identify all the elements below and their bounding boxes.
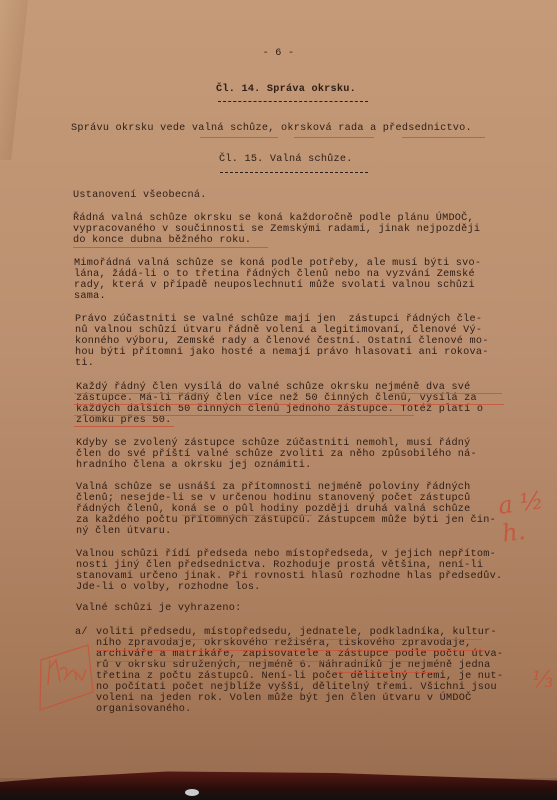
- light-glare: [185, 789, 199, 796]
- paragraph-line: člen do své příští valné schůze zvoliti …: [76, 449, 477, 460]
- paragraph-line: řádných členů, koná se o půl hodiny pozd…: [76, 504, 471, 515]
- section-15-heading-rule: [220, 172, 368, 173]
- paragraph-line: lána, žádá-li o to třetina řádných členů…: [74, 269, 475, 280]
- margin-signature-icon: [38, 640, 98, 730]
- margin-note-third: ⅓: [532, 668, 553, 693]
- red-underline: [74, 426, 174, 427]
- paragraph-line: zástupce. Má-li řádný člen více než 50 č…: [76, 393, 477, 404]
- page-number: - 6 -: [0, 48, 557, 59]
- paragraph-line: hou býti přítomni jako hosté a nemají pr…: [75, 347, 489, 358]
- paragraph-line: vypracovaného v součinnosti se Zemskými …: [73, 224, 480, 235]
- section-15-subheading: Ustanovení všeobecná.: [73, 190, 207, 201]
- paragraph-line: každých dalších 50 činných členů jednoho…: [76, 404, 483, 415]
- red-underline: [182, 515, 312, 516]
- red-underline: [402, 137, 485, 138]
- paragraph-line: Valnou schůzi řídí předseda nebo místopř…: [76, 549, 496, 560]
- paragraph-line: stanovami určeno jinak. Při rovnosti hla…: [76, 571, 502, 582]
- paragraph-line: členů; nesejde-li se v určenou hodinu st…: [76, 493, 471, 504]
- paragraph-line: Mimořádná valná schůze se koná podle pot…: [74, 258, 481, 269]
- paragraph-line: sama.: [74, 291, 106, 302]
- list-line: no počítati počet nejblíže vyšší, dělite…: [96, 682, 497, 693]
- margin-note-half-hour: a ½ h.: [496, 484, 557, 547]
- section-15-heading: Čl. 15. Valná schůze.: [219, 154, 353, 165]
- section-14-body: Správu okrsku vede valná schůze, okrskov…: [71, 123, 472, 134]
- paragraph-line: ný člen útvaru.: [76, 526, 171, 537]
- list-marker: a/: [75, 627, 88, 638]
- paragraph-line: za každého počtu přítomných zástupců. Zá…: [76, 515, 496, 526]
- section-14-heading-rule: [218, 101, 368, 102]
- paragraph-line: Valná schůze se usnáší za přítomnosti ne…: [76, 482, 471, 493]
- red-underline: [390, 393, 502, 394]
- red-underline: [74, 393, 204, 394]
- document-page: - 6 - Čl. 14. Správa okrsku. Správu okrs…: [0, 0, 557, 778]
- list-line: třetina z počtu zástupců. Není-li počet …: [96, 671, 503, 682]
- paragraph-line: nů valnou schůzí útvaru řádně volení a l…: [75, 325, 482, 336]
- paragraph-line: zlomku přes 50.: [76, 415, 171, 426]
- list-line: voleni na jeden rok. Volen může být jen …: [96, 693, 471, 704]
- red-underline: [96, 661, 446, 662]
- paragraph-line: do konce dubna běžného roku.: [73, 235, 251, 246]
- red-underline: [73, 247, 268, 248]
- red-underline: [74, 415, 414, 416]
- section-14-heading: Čl. 14. Správa okrsku.: [216, 84, 356, 95]
- list-line: voliti předsedu, místopředsedu, jednatel…: [96, 627, 497, 638]
- paragraph-line: Kdyby se zvolený zástupce schůze zúčastn…: [76, 438, 471, 449]
- red-underline: [74, 404, 504, 405]
- paragraph-line: konného výboru, Zemské rady a členové če…: [75, 336, 489, 347]
- red-underline: [96, 650, 486, 651]
- paragraph-line: rady, která v případě neuposlechnutí můž…: [74, 280, 475, 291]
- paragraph-line: Právo zúčastniti se valné schůze mají je…: [75, 314, 482, 325]
- red-underline: [200, 137, 278, 138]
- red-underline: [142, 639, 482, 640]
- paragraph-line: Jde-li o volby, rozhodne los.: [76, 582, 261, 593]
- reserved-intro: Valné schůzi je vyhrazeno:: [76, 603, 241, 614]
- list-line: organisovaného.: [96, 704, 191, 715]
- page-fold-shadow: [0, 0, 28, 160]
- paragraph-line: Řádná valná schůze okrsku se koná každor…: [73, 213, 474, 224]
- red-underline: [294, 137, 374, 138]
- red-underline: [336, 672, 436, 673]
- paragraph-line: nosti jiný člen předsednictva. Rozhoduje…: [76, 560, 483, 571]
- paragraph-line: ti.: [75, 358, 94, 369]
- paragraph-line: Každý řádný člen vysílá do valné schůze …: [76, 382, 471, 393]
- paragraph-line: hradního člena a okrsku jej oznámiti.: [76, 460, 311, 471]
